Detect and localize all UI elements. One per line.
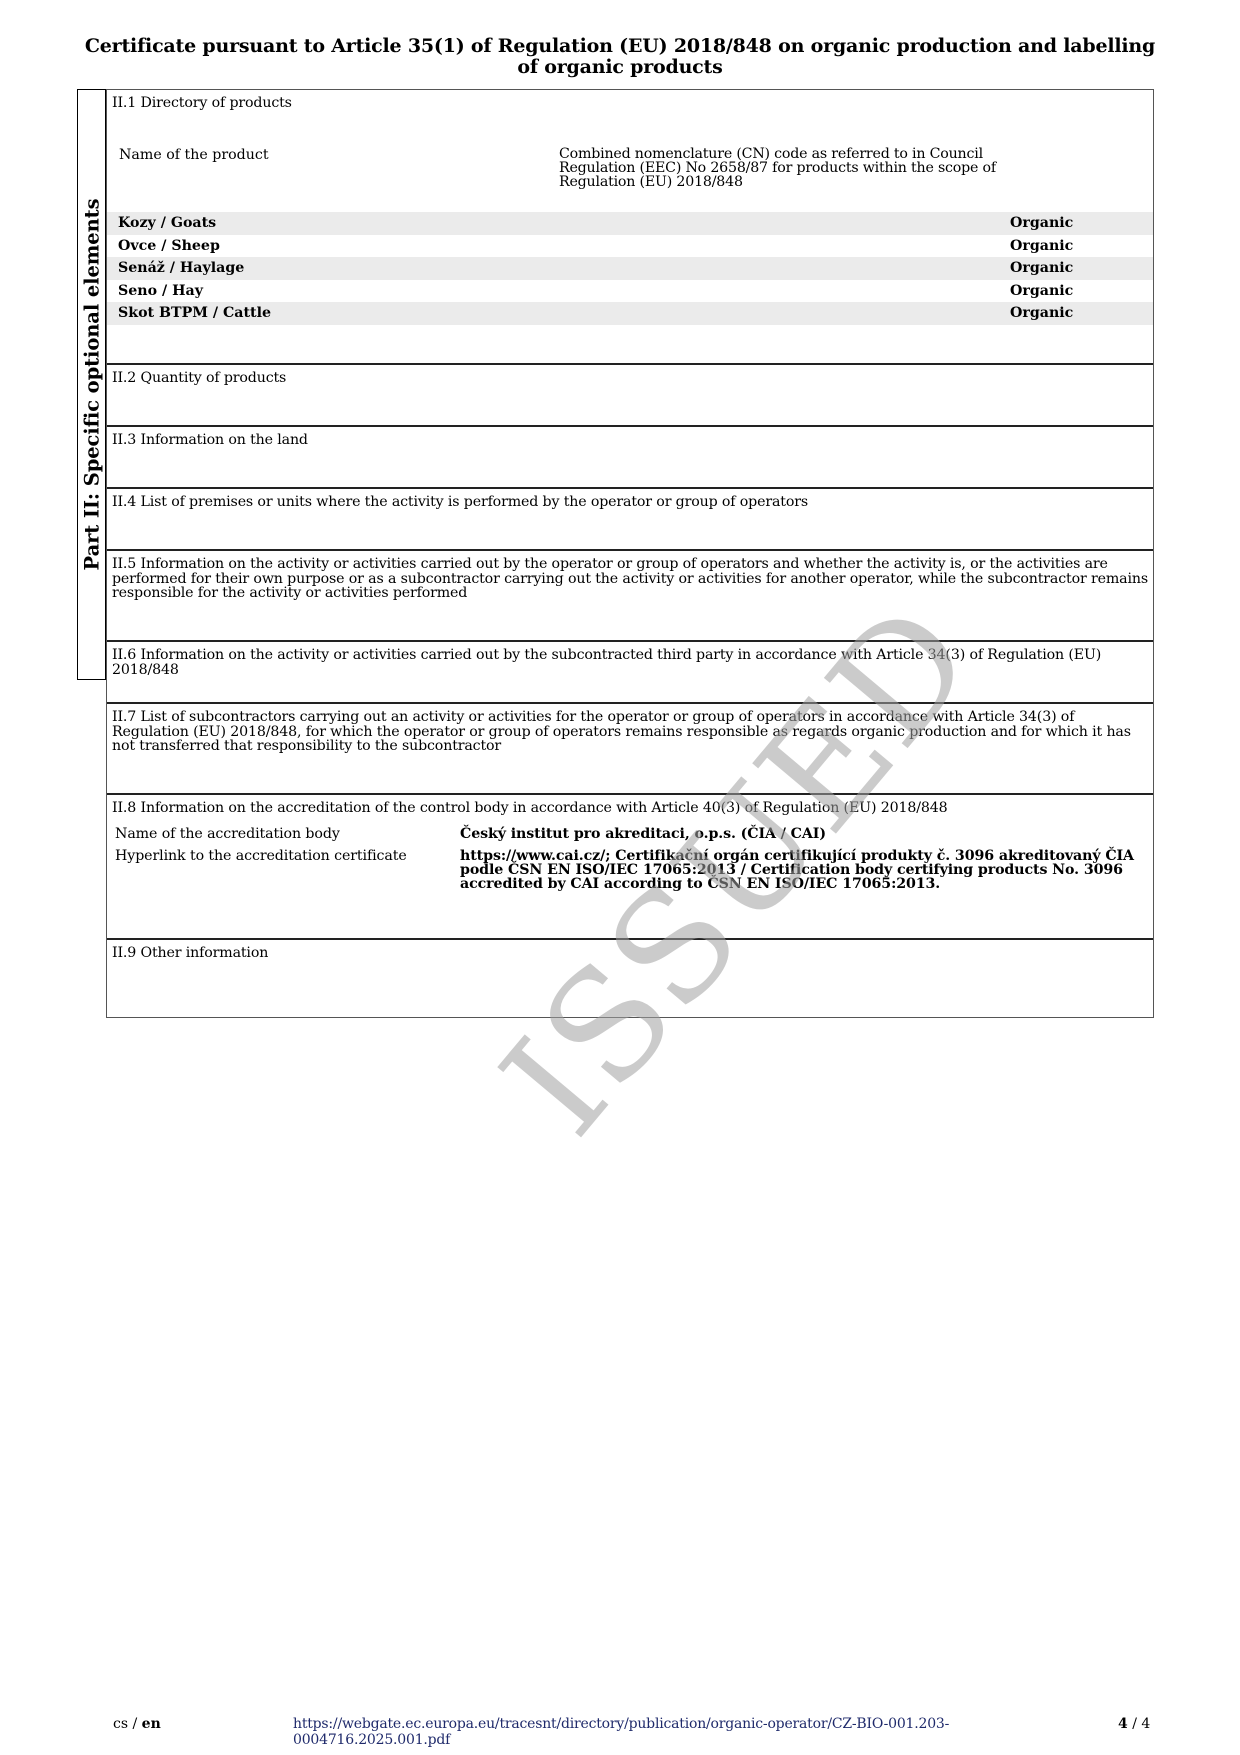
accreditation-body-label: Name of the accreditation body bbox=[115, 827, 460, 842]
product-status: Organic bbox=[1010, 216, 1153, 231]
section-accreditation: II.8 Information on the accreditation of… bbox=[107, 795, 1153, 940]
document-title: Certificate pursuant to Article 35(1) of… bbox=[80, 36, 1160, 78]
products-list: Kozy / Goats Organic Ovce / Sheep Organi… bbox=[107, 212, 1153, 325]
product-status: Organic bbox=[1010, 284, 1153, 299]
table-row: Ovce / Sheep Organic bbox=[107, 235, 1153, 258]
section-directory-of-products: II.1 Directory of products Name of the p… bbox=[107, 90, 1153, 365]
section-heading: II.6 Information on the activity or acti… bbox=[107, 642, 1153, 677]
part-label: Part II: Specific optional elements bbox=[77, 89, 106, 680]
language-cs[interactable]: cs bbox=[113, 1716, 128, 1732]
language-en[interactable]: en bbox=[142, 1716, 161, 1732]
accreditation-link-row: Hyperlink to the accreditation certifica… bbox=[115, 849, 1143, 891]
section-list-of-subcontractors: II.7 List of subcontractors carrying out… bbox=[107, 704, 1153, 795]
page-total: 4 bbox=[1141, 1716, 1150, 1732]
section-heading: II.5 Information on the activity or acti… bbox=[107, 551, 1153, 601]
section-list-of-premises: II.4 List of premises or units where the… bbox=[107, 489, 1153, 551]
product-name: Ovce / Sheep bbox=[107, 239, 547, 254]
table-row: Skot BTPM / Cattle Organic bbox=[107, 302, 1153, 325]
page-footer: cs / en https://webgate.ec.europa.eu/tra… bbox=[113, 1716, 1173, 1748]
accreditation-details: Name of the accreditation body Český ins… bbox=[115, 827, 1143, 898]
section-activity-information: II.5 Information on the activity or acti… bbox=[107, 551, 1153, 642]
section-information-on-land: II.3 Information on the land bbox=[107, 427, 1153, 489]
page-current: 4 bbox=[1118, 1716, 1128, 1732]
accreditation-body-row: Name of the accreditation body Český ins… bbox=[115, 827, 1143, 842]
part-label-text: Part II: Specific optional elements bbox=[80, 199, 103, 571]
product-status: Organic bbox=[1010, 306, 1153, 321]
section-heading: II.7 List of subcontractors carrying out… bbox=[107, 704, 1153, 754]
accreditation-link-value[interactable]: https://www.cai.cz/; Certifikační orgán … bbox=[460, 849, 1143, 891]
section-subcontracted-activity: II.6 Information on the activity or acti… bbox=[107, 642, 1153, 704]
section-heading: II.3 Information on the land bbox=[107, 427, 1153, 448]
column-header-cn: Combined nomenclature (CN) code as refer… bbox=[559, 148, 999, 189]
column-header-name: Name of the product bbox=[119, 148, 559, 189]
section-heading: II.9 Other information bbox=[107, 940, 1153, 961]
product-status: Organic bbox=[1010, 239, 1153, 254]
document-url-link[interactable]: https://webgate.ec.europa.eu/tracesnt/di… bbox=[293, 1716, 1093, 1748]
page-number: 4 / 4 bbox=[1118, 1716, 1150, 1732]
product-name: Seno / Hay bbox=[107, 284, 547, 299]
section-heading: II.2 Quantity of products bbox=[107, 365, 1153, 386]
section-other-information: II.9 Other information bbox=[107, 940, 1153, 1017]
product-status: Organic bbox=[1010, 261, 1153, 276]
accreditation-body-value: Český institut pro akreditaci, o.p.s. (Č… bbox=[460, 827, 1143, 842]
section-heading: II.8 Information on the accreditation of… bbox=[107, 795, 1153, 816]
language-switch: cs / en bbox=[113, 1716, 293, 1732]
certificate-table: II.1 Directory of products Name of the p… bbox=[106, 89, 1154, 1018]
table-row: Seno / Hay Organic bbox=[107, 280, 1153, 303]
product-name: Kozy / Goats bbox=[107, 216, 547, 231]
accreditation-link-label: Hyperlink to the accreditation certifica… bbox=[115, 849, 460, 891]
table-row: Kozy / Goats Organic bbox=[107, 212, 1153, 235]
products-header: Name of the product Combined nomenclatur… bbox=[119, 148, 1153, 189]
table-row: Senáž / Haylage Organic bbox=[107, 257, 1153, 280]
page-separator: / bbox=[1128, 1716, 1142, 1732]
section-quantity-of-products: II.2 Quantity of products bbox=[107, 365, 1153, 427]
product-name: Senáž / Haylage bbox=[107, 261, 547, 276]
section-heading: II.1 Directory of products bbox=[107, 90, 1153, 111]
language-separator: / bbox=[128, 1716, 142, 1732]
section-heading: II.4 List of premises or units where the… bbox=[107, 489, 1153, 510]
product-name: Skot BTPM / Cattle bbox=[107, 306, 547, 321]
